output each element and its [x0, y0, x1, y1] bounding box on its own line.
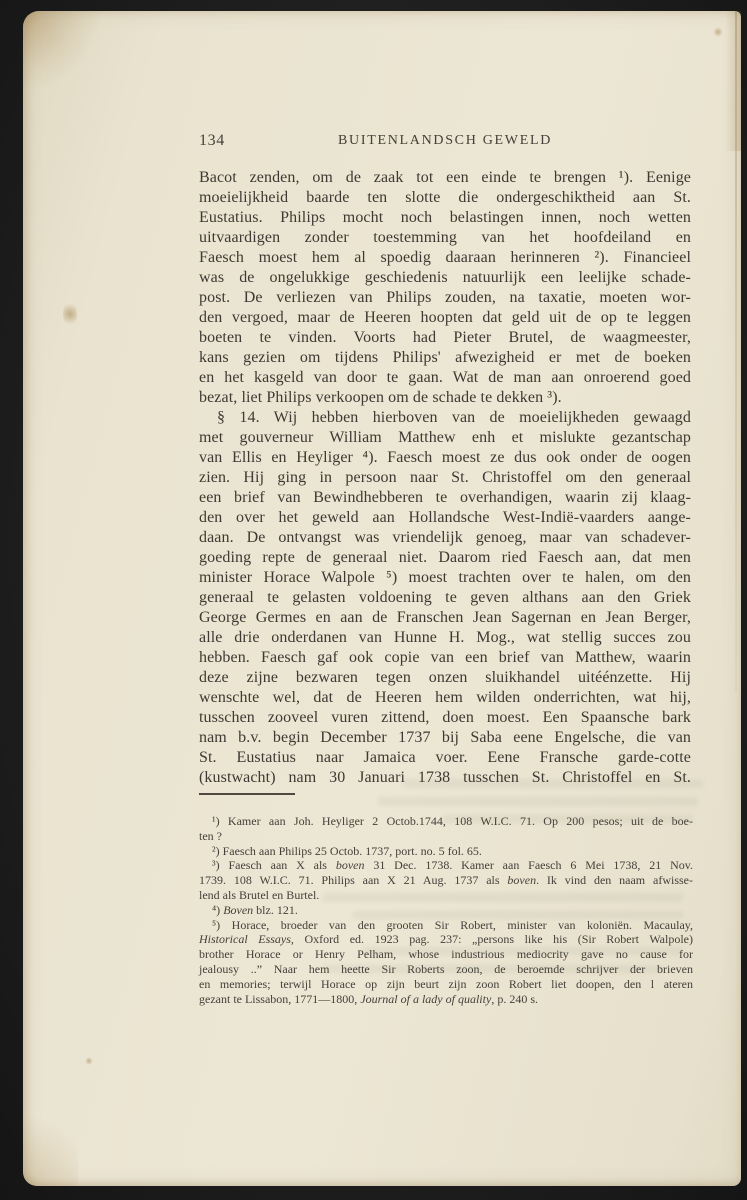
- footnote-italic-text: boven: [507, 873, 536, 887]
- footnote-separator: [199, 793, 295, 795]
- footnote-line: Historical Essays, Oxford ed. 1923 pag. …: [199, 932, 693, 947]
- footnote-text: ⁵) Horace, broeder van den grooten Sir R…: [212, 918, 693, 932]
- body-text: Bacot zenden, om de zaak tot een einde t…: [199, 168, 691, 788]
- footnote-text: . Ik vind den naam afwisse-: [536, 873, 693, 887]
- body-line: § 14. Wij hebben hierboven van de moeiel…: [199, 408, 691, 428]
- footnote-text: brother Horace or Henry Pelham, whose in…: [199, 947, 693, 961]
- footnote-text: , Oxford ed. 1923 pag. 237: „persons lik…: [291, 932, 693, 946]
- footnote-text: blz. 121.: [253, 903, 298, 917]
- body-line: den vergoed, maar de Heeren hoopten dat …: [199, 308, 691, 328]
- footnote-line: lend als Brutel en Burtel.: [199, 888, 693, 903]
- foxing-spot: [85, 1057, 93, 1065]
- footnote-line: gezant te Lissabon, 1771—1800, Journal o…: [199, 992, 693, 1007]
- footnote-text: 31 Dec. 1738. Kamer aan Faesch 6 Mei 173…: [364, 858, 693, 872]
- footnote-text: ³) Faesch aan X als: [212, 858, 336, 872]
- footnote-text: en memories; terwijl Horace op zijn beur…: [199, 977, 693, 991]
- footnote-line: ten ?: [199, 829, 693, 844]
- body-line: minister Horace Walpole ⁵) moest trachte…: [199, 568, 691, 588]
- body-line: St. Eustatius naar Jamaica voer. Eene Fr…: [199, 748, 691, 768]
- body-line: een brief van Bewindhebberen te overhand…: [199, 488, 691, 508]
- worn-corner-bottom-left: [23, 1091, 78, 1186]
- footnote-text: ⁴): [212, 903, 223, 917]
- body-line: bezat, liet Philips verkoopen om de scha…: [199, 388, 691, 408]
- footnote-italic-text: Boven: [223, 903, 253, 917]
- body-line: generaal te gelasten voldoening te geven…: [199, 588, 691, 608]
- footnote-text: ²) Faesch aan Philips 25 Octob. 1737, po…: [212, 844, 482, 858]
- book-page: 134 BUITENLANDSCH GEWELD Bacot zenden, o…: [23, 11, 741, 1186]
- body-line: goeding repte de generaal niet. Daarom r…: [199, 548, 691, 568]
- footnote-text: jealousy ..” Naar hem heette Sir Roberts…: [199, 962, 693, 976]
- footnote-text: ¹) Kamer aan Joh. Heyliger 2 Octob.1744,…: [212, 814, 693, 828]
- body-line: was de ongelukkige geschiedenis natuurli…: [199, 268, 691, 288]
- body-line: wenschte wel, dat de Heeren hem wilden o…: [199, 688, 691, 708]
- footnote-line: brother Horace or Henry Pelham, whose in…: [199, 947, 693, 962]
- body-line: van Ellis en Heyliger ⁴). Faesch moest z…: [199, 448, 691, 468]
- footnote-line: jealousy ..” Naar hem heette Sir Roberts…: [199, 962, 693, 977]
- scanner-background: 134 BUITENLANDSCH GEWELD Bacot zenden, o…: [0, 0, 747, 1200]
- body-line: Bacot zenden, om de zaak tot een einde t…: [199, 168, 691, 188]
- body-line: nam b.v. begin December 1737 bij Saba ee…: [199, 728, 691, 748]
- body-line: boeten te vinden. Voorts had Pieter Brut…: [199, 328, 691, 348]
- footnote-line: ⁵) Horace, broeder van den grooten Sir R…: [199, 918, 693, 933]
- footnote-italic-text: Journal of a lady of quality: [360, 992, 491, 1006]
- foxing-spot: [713, 27, 723, 37]
- footnote-text: , p. 240 s.: [491, 992, 538, 1006]
- body-line: moeielijkheid baarde ten slotte die onde…: [199, 188, 691, 208]
- footnote-text: ten ?: [199, 829, 222, 843]
- footnote-line: ¹) Kamer aan Joh. Heyliger 2 Octob.1744,…: [199, 814, 693, 829]
- worn-corner-top-left: [23, 11, 101, 89]
- body-line: daan. De ontvangst was vriendelijk genoe…: [199, 528, 691, 548]
- footnote-italic-text: boven: [336, 858, 365, 872]
- body-line: met gouverneur William Matthew enh et mi…: [199, 428, 691, 448]
- foxing-spot: [63, 301, 77, 327]
- footnote-text: lend als Brutel en Burtel.: [199, 888, 319, 902]
- body-line: deze zijne bezwaren tegen onzen sluikhan…: [199, 668, 691, 688]
- body-line: post. De verliezen van Philips zouden, n…: [199, 288, 691, 308]
- bleedthrough-line: [378, 797, 698, 806]
- footnote-text: gezant te Lissabon, 1771—1800,: [199, 992, 360, 1006]
- page-header: 134 BUITENLANDSCH GEWELD: [199, 131, 691, 153]
- body-line: en het kasgeld van door te gaan. Wat de …: [199, 368, 691, 388]
- worn-edge-top-right: [725, 11, 741, 151]
- body-line: tusschen zooveel vuren zittend, doen moe…: [199, 708, 691, 728]
- body-line: Faesch moest hem al spoedig daaraan heri…: [199, 248, 691, 268]
- footnotes: ¹) Kamer aan Joh. Heyliger 2 Octob.1744,…: [199, 814, 693, 1006]
- footnote-line: en memories; terwijl Horace op zijn beur…: [199, 977, 693, 992]
- footnote-text: 1739. 108 W.I.C. 71. Philips aan X 21 Au…: [199, 873, 507, 887]
- body-line: Eustatius. Philips mocht noch belastinge…: [199, 208, 691, 228]
- body-line: George Germes en aan de Franschen Jean S…: [199, 608, 691, 628]
- body-line: kans gezien om tijdens Philips' afwezigh…: [199, 348, 691, 368]
- running-header: BUITENLANDSCH GEWELD: [199, 133, 691, 149]
- footnote-line: ³) Faesch aan X als boven 31 Dec. 1738. …: [199, 858, 693, 873]
- body-line: hebben. Faesch gaf ook copie van een bri…: [199, 648, 691, 668]
- page-edge-line: [735, 11, 737, 693]
- body-line: uitvaardigen zonder toestemming van het …: [199, 228, 691, 248]
- body-line: den over het geweld aan Hollandsche West…: [199, 508, 691, 528]
- body-line: (kustwacht) nam 30 Januari 1738 tusschen…: [199, 768, 691, 788]
- body-line: alle drie onderdanen van Hunne H. Mog., …: [199, 628, 691, 648]
- footnote-line: 1739. 108 W.I.C. 71. Philips aan X 21 Au…: [199, 873, 693, 888]
- footnote-line: ⁴) Boven blz. 121.: [199, 903, 693, 918]
- footnote-line: ²) Faesch aan Philips 25 Octob. 1737, po…: [199, 844, 693, 859]
- body-line: zien. Hij ging in persoon naar St. Chris…: [199, 468, 691, 488]
- footnote-italic-text: Historical Essays: [199, 932, 291, 946]
